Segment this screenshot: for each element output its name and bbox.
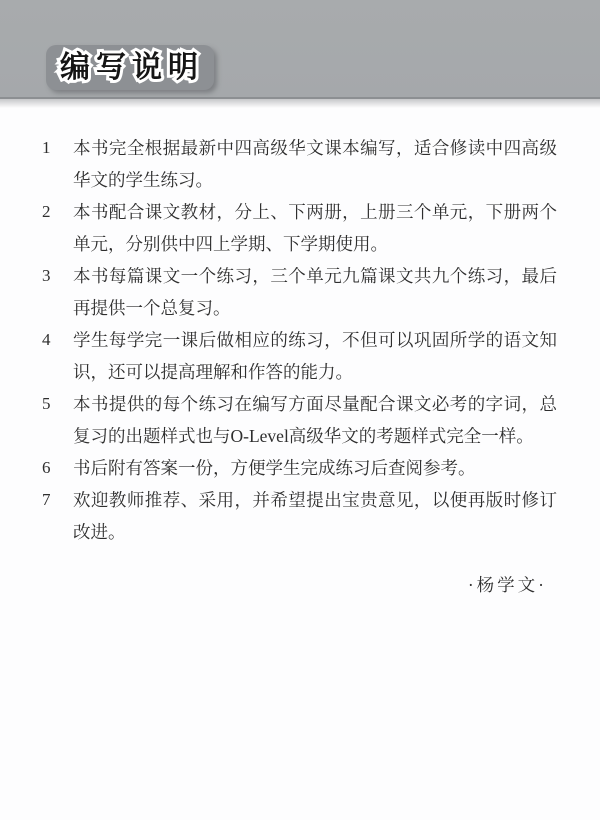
list-item: 1 本书完全根据最新中四高级华文课本编写，适合修读中四高级华文的学生练习。 bbox=[42, 132, 557, 196]
item-number: 1 bbox=[42, 132, 73, 196]
item-number: 4 bbox=[42, 324, 73, 388]
item-text: 本书提供的每个练习在编写方面尽量配合课文必考的字词，总复习的出题样式也与O-Le… bbox=[73, 388, 557, 452]
list-item: 4 学生每学完一课后做相应的练习，不但可以巩固所学的语文知识，还可以提高理解和作… bbox=[42, 324, 557, 388]
item-text: 本书配合课文教材，分上、下两册，上册三个单元，下册两个单元，分别供中四上学期、下… bbox=[73, 196, 557, 260]
header-band: 编写说明 编写说明 bbox=[0, 0, 600, 99]
item-text: 本书每篇课文一个练习，三个单元九篇课文共九个练习，最后再提供一个总复习。 bbox=[73, 260, 557, 324]
item-number: 3 bbox=[42, 260, 73, 324]
item-text: 欢迎教师推荐、采用，并希望提出宝贵意见，以便再版时修订改进。 bbox=[73, 484, 557, 548]
list-item: 6 书后附有答案一份，方便学生完成练习后查阅参考。 bbox=[42, 452, 557, 484]
list-item: 3 本书每篇课文一个练习，三个单元九篇课文共九个练习，最后再提供一个总复习。 bbox=[42, 260, 557, 324]
item-text: 学生每学完一课后做相应的练习，不但可以巩固所学的语文知识，还可以提高理解和作答的… bbox=[73, 324, 557, 388]
header-shadow bbox=[0, 99, 600, 108]
notes-section: 1 本书完全根据最新中四高级华文课本编写，适合修读中四高级华文的学生练习。 2 … bbox=[0, 108, 600, 601]
page-title: 编写说明 bbox=[56, 53, 204, 83]
item-text: 书后附有答案一份，方便学生完成练习后查阅参考。 bbox=[73, 452, 557, 484]
author-signature: ·杨学文· bbox=[42, 569, 557, 601]
item-number: 6 bbox=[42, 452, 73, 484]
list-item: 7 欢迎教师推荐、采用，并希望提出宝贵意见，以便再版时修订改进。 bbox=[42, 484, 557, 548]
list-item: 2 本书配合课文教材，分上、下两册，上册三个单元，下册两个单元，分别供中四上学期… bbox=[42, 196, 557, 260]
item-number: 5 bbox=[42, 388, 73, 452]
item-text: 本书完全根据最新中四高级华文课本编写，适合修读中四高级华文的学生练习。 bbox=[73, 132, 557, 196]
list-item: 5 本书提供的每个练习在编写方面尽量配合课文必考的字词，总复习的出题样式也与O-… bbox=[42, 388, 557, 452]
page-title-plate: 编写说明 编写说明 bbox=[46, 45, 214, 90]
item-number: 2 bbox=[42, 196, 73, 260]
item-number: 7 bbox=[42, 484, 73, 548]
